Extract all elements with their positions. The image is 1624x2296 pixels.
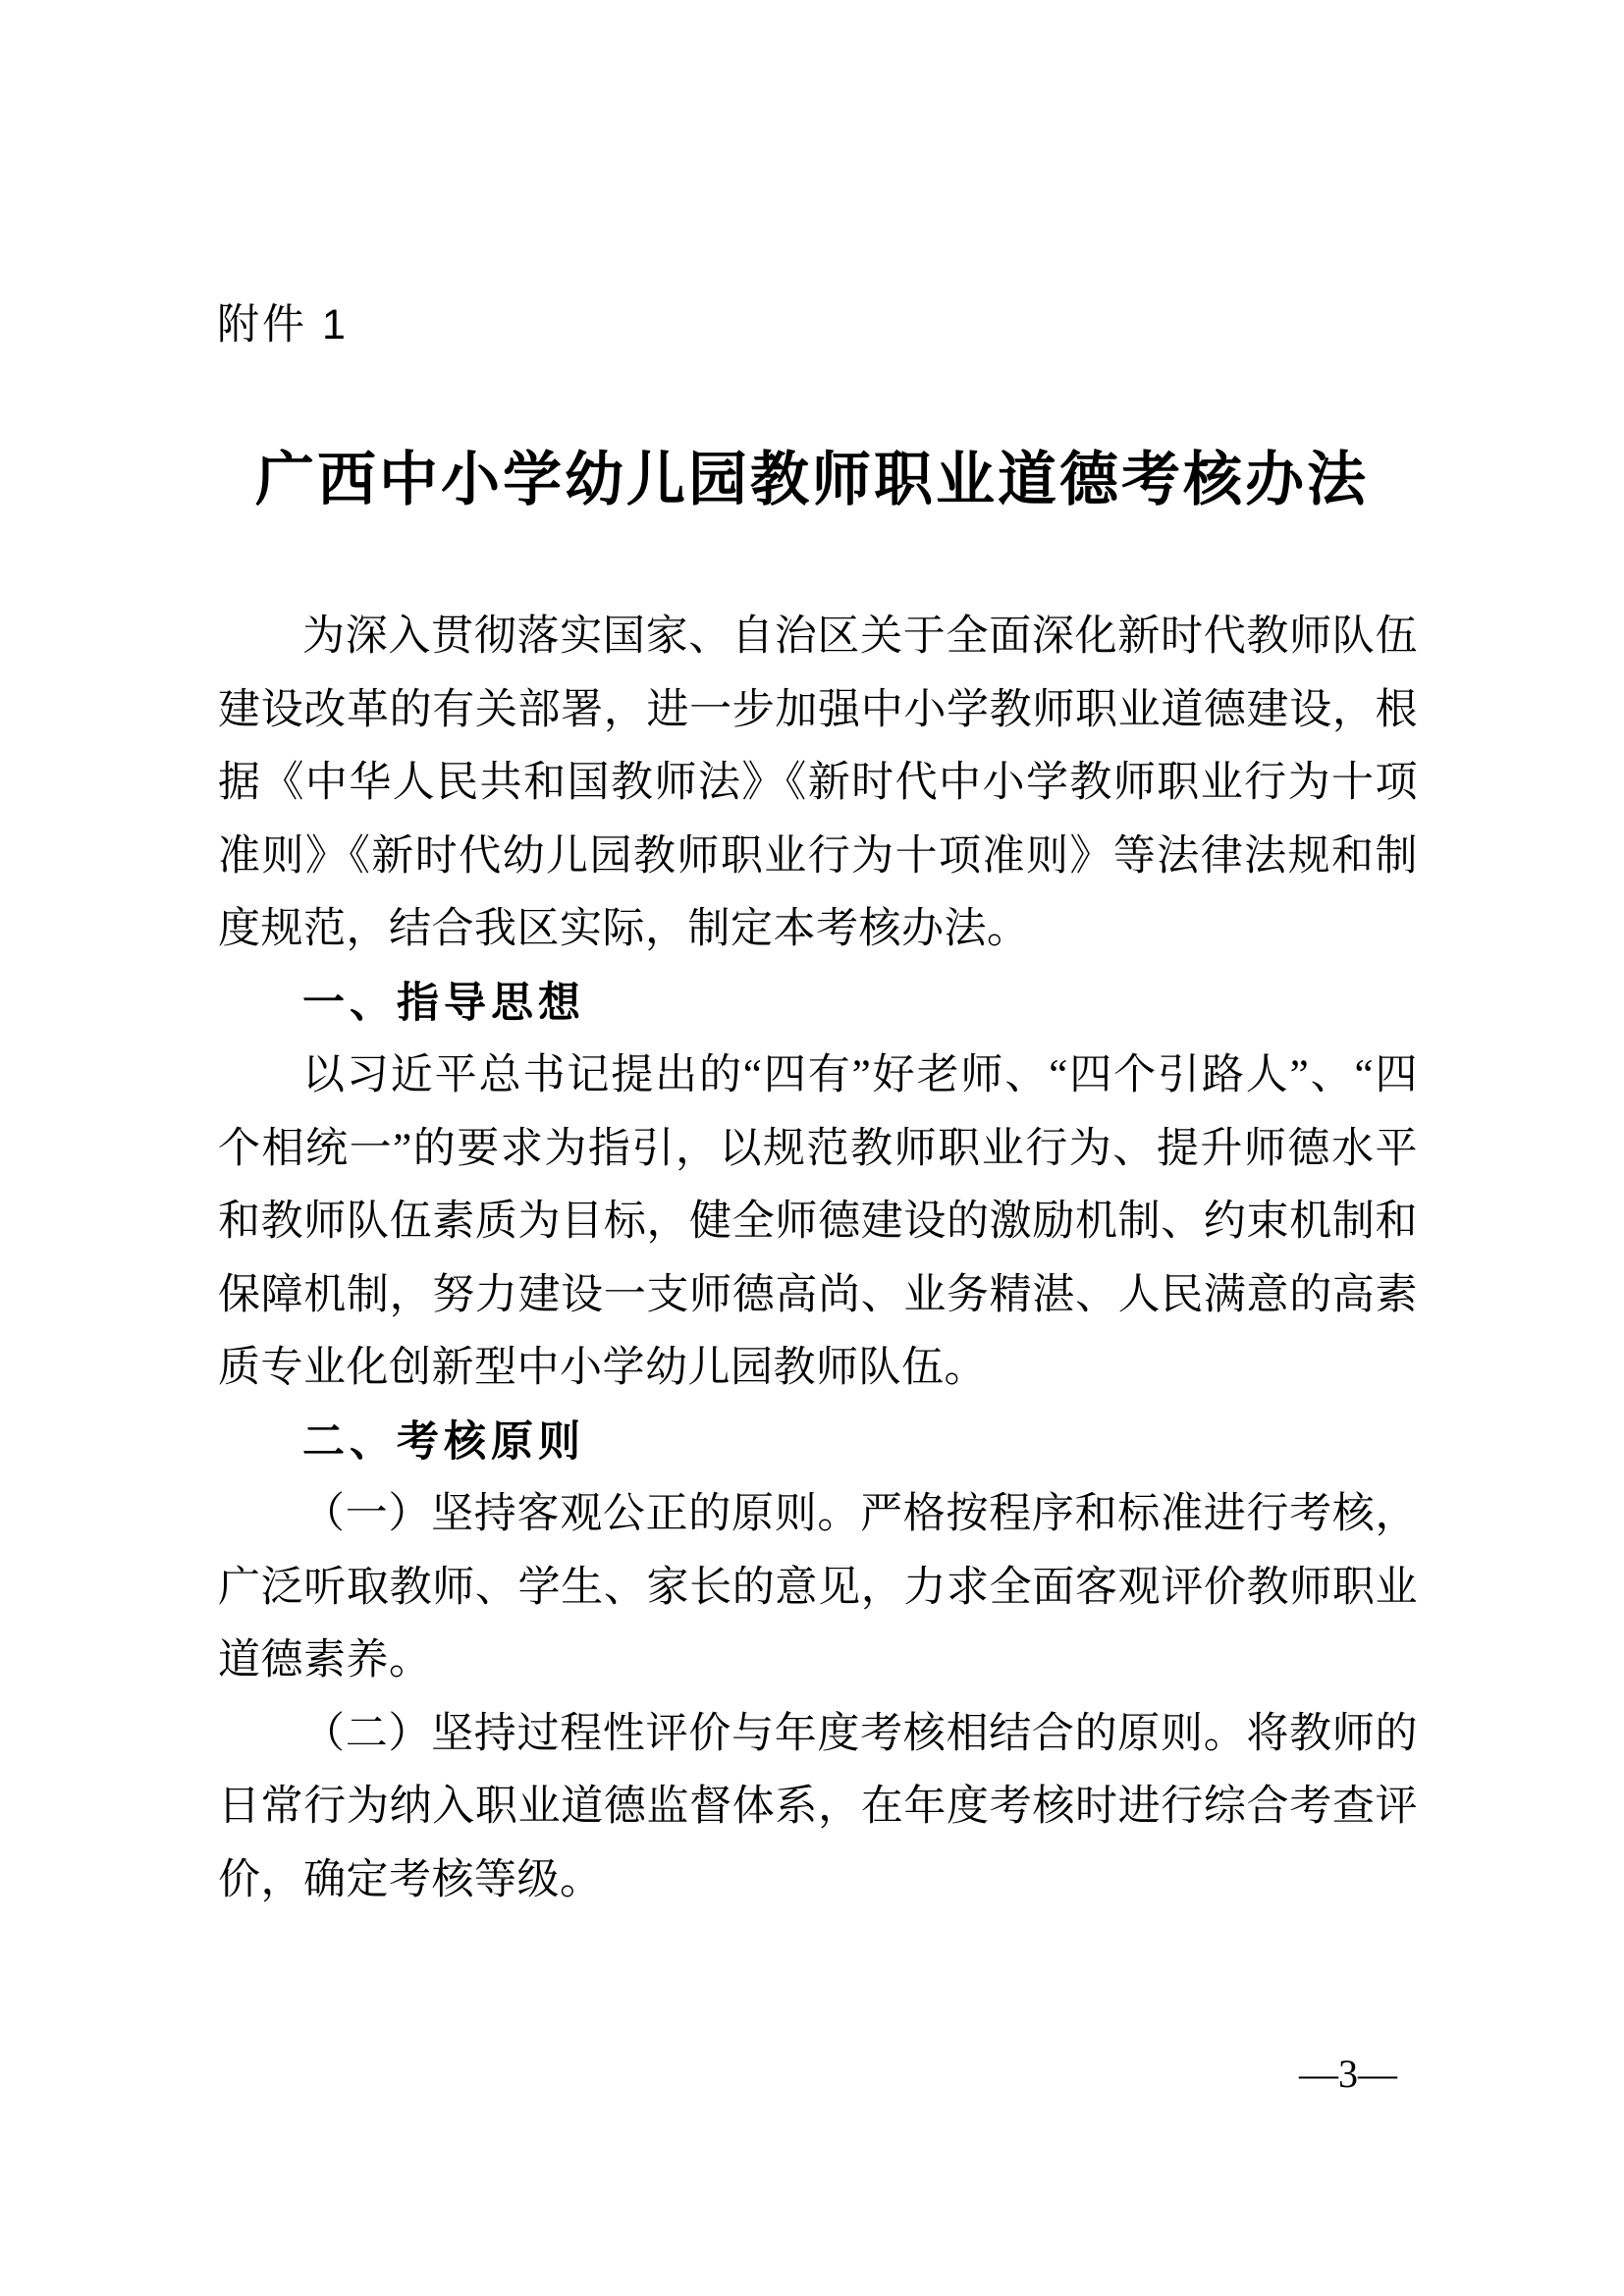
attachment-label: 附件 1 xyxy=(217,300,349,349)
document-page: 附件 1 广西中小学幼儿园教师职业道德考核办法 为深入贯彻落实国家、自治区关于全… xyxy=(0,0,1624,2296)
body-paragraph-intro: 为深入贯彻落实国家、自治区关于全面深化新时代教师队伍建设改革的有关部署，进一步加… xyxy=(218,601,1418,967)
document-title: 广西中小学幼儿园教师职业道德考核办法 xyxy=(212,440,1412,520)
document-body: 为深入贯彻落实国家、自治区关于全面深化新时代教师队伍建设改革的有关部署，进一步加… xyxy=(218,601,1418,1917)
body-paragraph-principle-1: （一）坚持客观公正的原则。严格按程序和标准进行考核，广泛听取教师、学生、家长的意… xyxy=(218,1478,1418,1698)
body-paragraph-principle-2: （二）坚持过程性评价与年度考核相结合的原则。将教师的日常行为纳入职业道德监督体系… xyxy=(218,1698,1418,1918)
body-paragraph-guiding-ideology: 以习近平总书记提出的“四有”好老师、“四个引路人”、“四个相统一”的要求为指引，… xyxy=(218,1040,1418,1406)
page-number: —3— xyxy=(1299,2051,1397,2098)
section-heading-assessment-principles: 二、考核原则 xyxy=(218,1406,1418,1479)
section-heading-guiding-ideology: 一、指导思想 xyxy=(218,967,1418,1041)
